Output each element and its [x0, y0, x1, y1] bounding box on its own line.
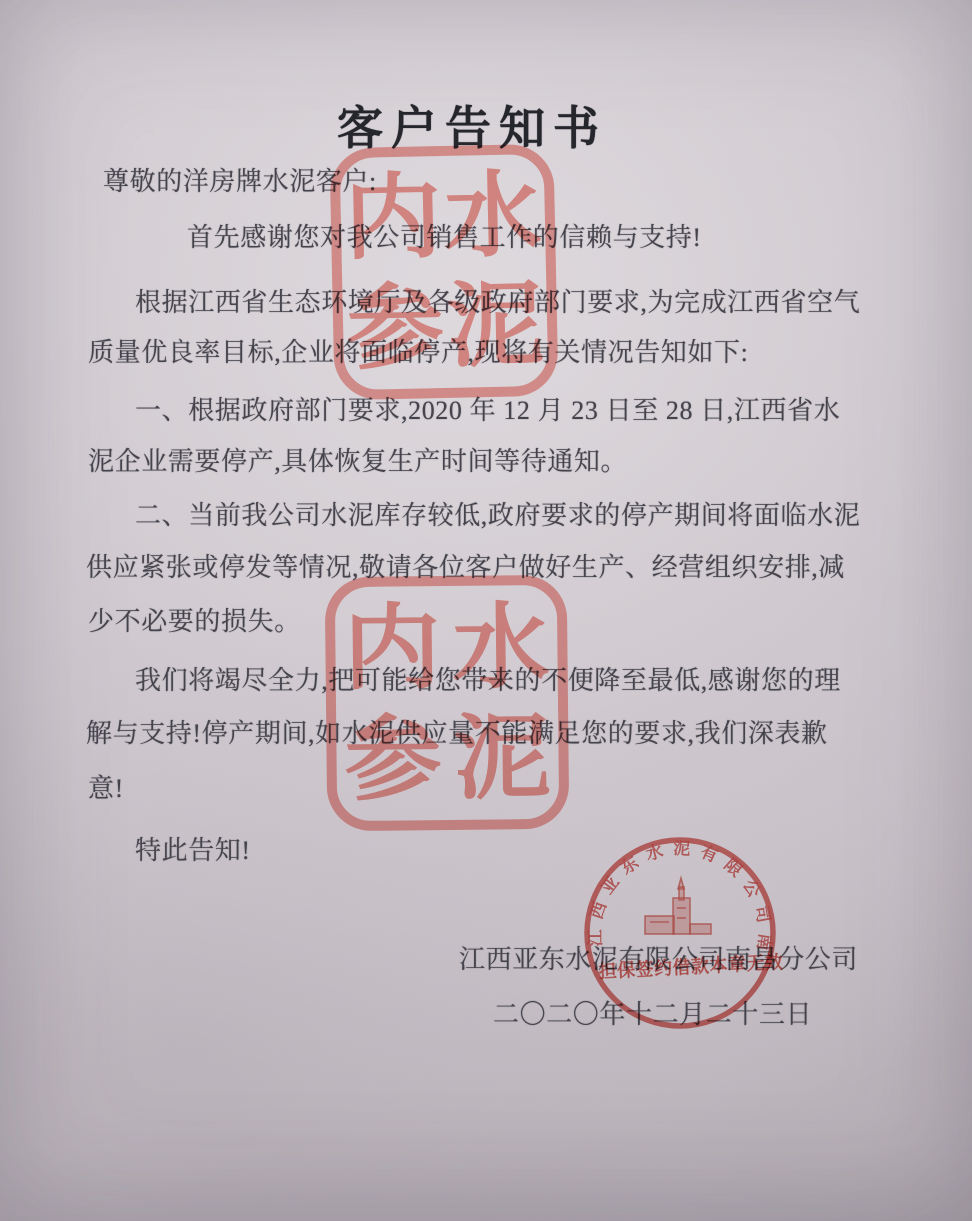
body-line: 意!: [88, 768, 124, 805]
watermark-char: 泥: [453, 712, 551, 804]
factory-building-icon: [645, 878, 711, 934]
watermark-char: 泥: [446, 279, 545, 372]
closing-line: 特此告知!: [135, 830, 251, 867]
body-line: 二、当前我公司水泥库存较低,政府要求的停产期间将面临水泥: [135, 495, 860, 532]
watermark-char: 水: [443, 169, 542, 262]
company-seal: 江西亚东水泥有限公司南昌分公司: [576, 834, 786, 1034]
watermark-char: 内: [343, 171, 442, 264]
watermark-stamp: 内 水 参 泥: [325, 575, 570, 832]
watermark-char: 参: [346, 281, 445, 374]
watermark-char: 参: [344, 713, 442, 805]
watermark-char: 水: [452, 601, 550, 693]
body-line: 少不必要的损失。: [88, 601, 301, 638]
photographed-document-page: 客户告知书 尊敬的洋房牌水泥客户: 首先感谢您对我公司销售工作的信赖与支持! 根…: [0, 0, 972, 1221]
body-line: 泥企业需要停产,具体恢复生产时间等待通知。: [88, 441, 627, 478]
watermark-stamp: 内 水 参 泥: [329, 144, 558, 401]
watermark-char: 内: [343, 602, 441, 694]
